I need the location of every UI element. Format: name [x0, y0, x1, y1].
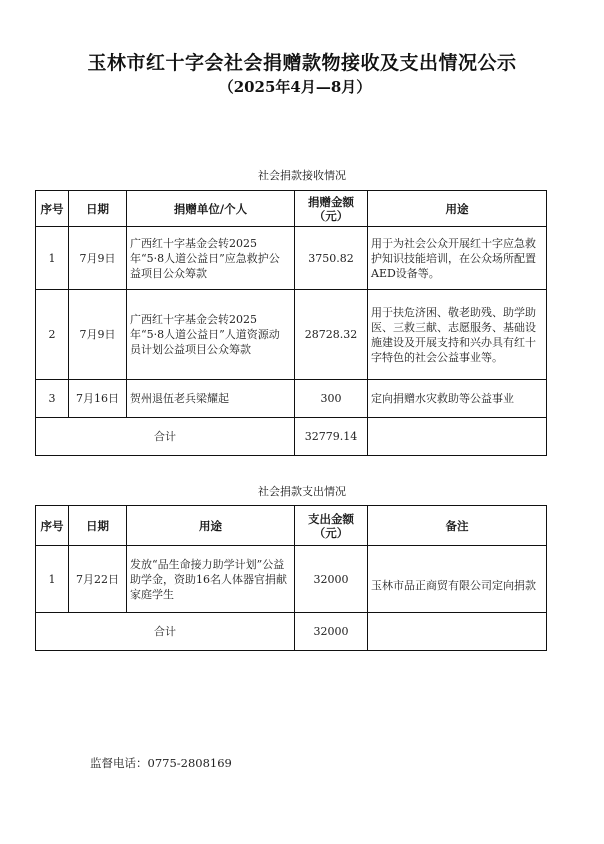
row-index: 3 [36, 380, 69, 418]
row-index: 1 [36, 546, 69, 613]
header-amount-line2: （元） [295, 209, 367, 223]
header-amount: 捐赠金额 （元） [295, 191, 368, 227]
receipts-caption: 社会捐款接收情况 [0, 167, 604, 183]
expenditures-caption: 社会捐款支出情况 [0, 483, 604, 499]
total-purpose [368, 418, 547, 456]
header-purpose: 用途 [368, 191, 547, 227]
row-index: 1 [36, 227, 69, 290]
header-date: 日期 [69, 506, 127, 546]
header-purpose: 用途 [127, 506, 295, 546]
receipts-table: 序号 日期 捐赠单位/个人 捐赠金额 （元） 用途 1 7月9日 广西红十字基金… [35, 190, 547, 456]
row-amount: 3750.82 [295, 227, 368, 290]
row-amount: 32000 [295, 546, 368, 613]
table-row: 3 7月16日 贺州退伍老兵梁耀起 300 定向捐赠水灾救助等公益事业 [36, 380, 547, 418]
row-donor: 广西红十字基金会转2025年“5·8人道公益日”人道资源动员计划公益项目公众筹款 [127, 290, 295, 380]
total-label: 合计 [36, 613, 295, 651]
total-row: 合计 32000 [36, 613, 547, 651]
document-title: 玉林市红十字会社会捐赠款物接收及支出情况公示 [0, 48, 604, 75]
header-index: 序号 [36, 191, 69, 227]
row-purpose: 定向捐赠水灾救助等公益事业 [368, 380, 547, 418]
total-label: 合计 [36, 418, 295, 456]
receipts-header-row: 序号 日期 捐赠单位/个人 捐赠金额 （元） 用途 [36, 191, 547, 227]
row-date: 7月16日 [69, 380, 127, 418]
expenditures-header-row: 序号 日期 用途 支出金额 （元） 备注 [36, 506, 547, 546]
row-purpose: 用于扶危济困、敬老助残、助学助医、三救三献、志愿服务、基础设施建设及开展支持和兴… [368, 290, 547, 380]
document-subtitle: （2025年4月—8月） [0, 76, 590, 97]
row-index: 2 [36, 290, 69, 380]
table-row: 1 7月22日 发放“品生命接力助学计划”公益助学金，资助16名人体器官捐献家庭… [36, 546, 547, 613]
row-purpose: 用于为社会公众开展红十字应急救护知识技能培训，在公众场所配置AED设备等。 [368, 227, 547, 290]
header-date: 日期 [69, 191, 127, 227]
row-amount: 300 [295, 380, 368, 418]
supervision-hotline: 监督电话：0775-2808169 [90, 755, 232, 771]
row-date: 7月22日 [69, 546, 127, 613]
table-row: 2 7月9日 广西红十字基金会转2025年“5·8人道公益日”人道资源动员计划公… [36, 290, 547, 380]
header-amount: 支出金额 （元） [295, 506, 368, 546]
total-remark [368, 613, 547, 651]
row-donor: 贺州退伍老兵梁耀起 [127, 380, 295, 418]
header-remark: 备注 [368, 506, 547, 546]
header-donor: 捐赠单位/个人 [127, 191, 295, 227]
row-purpose: 发放“品生命接力助学计划”公益助学金，资助16名人体器官捐献家庭学生 [127, 546, 295, 613]
row-remark: 玉林市品正商贸有限公司定向捐款 [368, 546, 547, 613]
table-row: 1 7月9日 广西红十字基金会转2025年“5·8人道公益日”应急救护公益项目公… [36, 227, 547, 290]
header-amount-line1: 捐赠金额 [295, 195, 367, 209]
header-amount-line1: 支出金额 [295, 512, 367, 526]
row-amount: 28728.32 [295, 290, 368, 380]
row-donor: 广西红十字基金会转2025年“5·8人道公益日”应急救护公益项目公众筹款 [127, 227, 295, 290]
header-amount-line2: （元） [295, 526, 367, 540]
total-amount: 32000 [295, 613, 368, 651]
row-date: 7月9日 [69, 290, 127, 380]
row-date: 7月9日 [69, 227, 127, 290]
total-row: 合计 32779.14 [36, 418, 547, 456]
expenditures-table: 序号 日期 用途 支出金额 （元） 备注 1 7月22日 发放“品生命接力助学计… [35, 505, 547, 651]
header-index: 序号 [36, 506, 69, 546]
total-amount: 32779.14 [295, 418, 368, 456]
